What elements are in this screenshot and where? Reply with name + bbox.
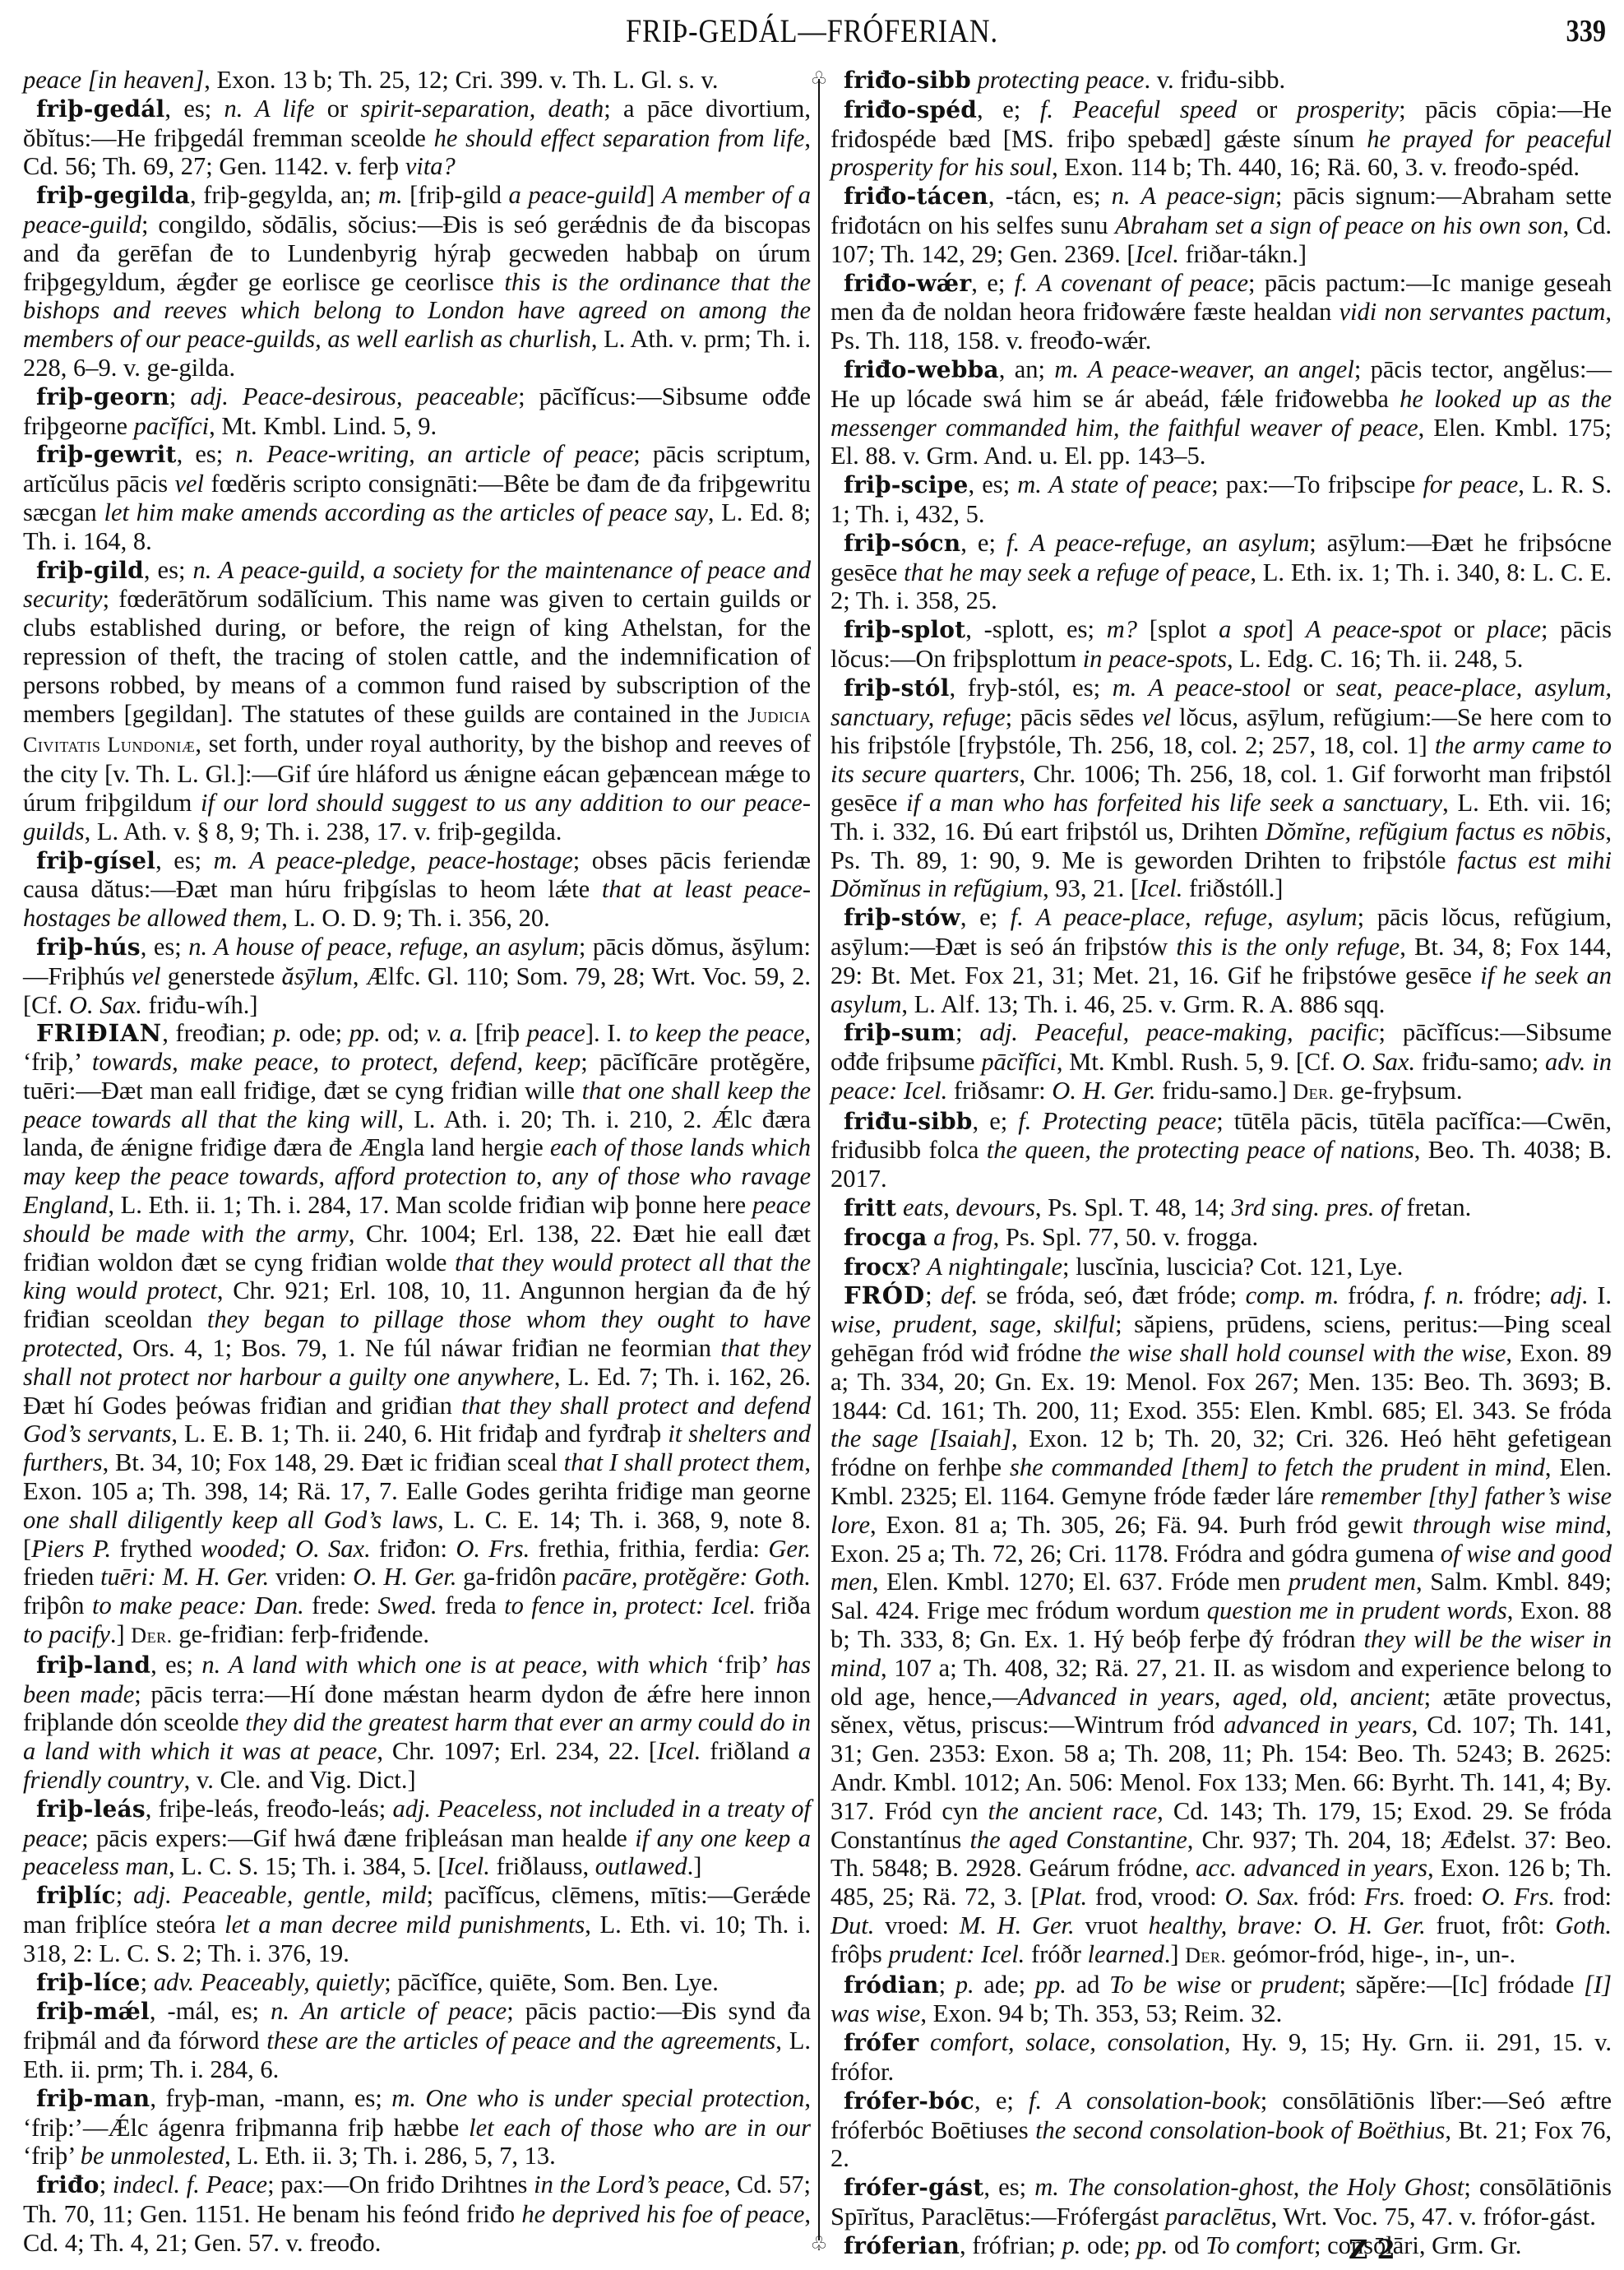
dictionary-entry: friþ-líce; adv. Peaceably, quietly; pācĭ… (23, 1968, 811, 1998)
entry-headword: friþ-man (36, 2085, 150, 2112)
left-column: peace [in heaven], Exon. 13 b; Th. 25, 1… (23, 66, 811, 2258)
entry-text: pp. (349, 1019, 381, 1047)
entry-headword: friþlíc (36, 1882, 116, 1909)
entry-text: ga-fridôn (456, 1563, 562, 1591)
entry-text: the wise shall hold counsel with the wis… (1090, 1339, 1506, 1367)
entry-text: , L. C. S. 15; Th. i. 384, 5. [ (169, 1852, 446, 1880)
entry-text: healthy, brave: O. H. Ger. (1148, 1911, 1425, 1939)
entry-text: the ancient race (988, 1797, 1158, 1825)
dictionary-entry: friþ-gegilda, friþ-gegylda, an; m. [friþ… (23, 181, 811, 382)
entry-text: f. A covenant of peace (1015, 269, 1248, 297)
entry-text: to fence in, protect: Icel. (504, 1591, 756, 1619)
entry-text: O. Sax. (1342, 1048, 1415, 1076)
dictionary-entry: frófer comfort, solace, consolation, Hy.… (831, 2028, 1612, 2087)
dictionary-entry: friþ-gewrit, es; n. Peace-writing, an ar… (23, 440, 811, 555)
dictionary-entry: friþlíc; adj. Peaceable, gentle, mild; p… (23, 1881, 811, 1967)
entry-text: p. (273, 1019, 292, 1047)
entry-text: outlawed (595, 1852, 687, 1880)
entry-text: tuēri: M. H. Ger. (100, 1563, 269, 1591)
entry-text: , Bt. 34, 10; Fox 148, 29. Đæt ic friđia… (103, 1448, 564, 1476)
entry-headword: friþ-leás (36, 1795, 146, 1823)
entry-text: adj. Peaceful, peace-making, pacific (979, 1018, 1378, 1046)
entry-text: ‘friþ’ (23, 2142, 81, 2170)
entry-text: Der. (1293, 1080, 1334, 1104)
entry-text: generstede (161, 962, 282, 990)
entry-text: , friþe-leás, freođo-leás; (146, 1795, 393, 1823)
dictionary-entry: frófer-bóc, e; f. A consolation-book; co… (831, 2087, 1612, 2173)
entry-text: O. Sax. (69, 991, 142, 1019)
entry-text: O. Sax. (1224, 1883, 1299, 1911)
entry-text: O. Frs. (1482, 1883, 1555, 1911)
entry-headword: friđo-wǽr (844, 270, 971, 297)
entry-text: , fryþ-stól, es; (949, 674, 1112, 702)
entry-text: to pacify (23, 1620, 110, 1648)
entry-headword: friþ-gild (36, 557, 144, 584)
entry-text: prudent: Icel. (888, 1940, 1025, 1968)
entry-text: acc. advanced in years (1196, 1854, 1427, 1882)
entry-text: these are the articles of peace and the … (266, 2027, 775, 2055)
entry-headword: friþ-scipe (844, 471, 968, 498)
entry-text: fródra, (1339, 1281, 1423, 1309)
entry-text: , L. Alf. 13; Th. i. 46, 25. v. Grm. R. … (901, 990, 1385, 1018)
entry-headword: friđo-spéd (844, 96, 977, 123)
entry-text: I. (1589, 1281, 1612, 1309)
dictionary-entry: friþ-stól, fryþ-stól, es; m. A peace-sto… (831, 674, 1612, 903)
entry-text: , e; (960, 903, 1011, 931)
entry-text: p. (955, 1971, 974, 1999)
entry-headword: friþ-sócn (844, 530, 960, 557)
entry-text: f. n. (1424, 1281, 1464, 1309)
entry-text: od (1168, 2231, 1205, 2259)
entry-text: frethia, frithia, ferdia: (530, 1535, 768, 1563)
entry-text: if a man who has forfeited his life seek… (906, 789, 1442, 817)
page-header: FRIÞ-GEDÁL—FRÓFERIAN. 339 (0, 12, 1624, 61)
entry-text: ge-friđian: ferþ-friđende. (173, 1620, 429, 1648)
entry-text: m. A peace-stool (1113, 674, 1291, 702)
dictionary-entry: friđo-tácen, -tácn, es; n. A peace-sign;… (831, 182, 1612, 268)
entry-text: Icel. (657, 1737, 701, 1765)
entry-text: n. A peace-sign (1112, 182, 1275, 210)
dictionary-entry: friþ-scipe, es; m. A state of peace; pax… (831, 470, 1612, 529)
entry-text: m? (1107, 615, 1137, 643)
entry-text: , an; (999, 355, 1055, 383)
entry-text: place (1487, 615, 1541, 643)
entry-text: vel (132, 962, 161, 990)
entry-text: , Ps. Spl. 77, 50. v. frogga. (993, 1223, 1259, 1251)
entry-text: , e; (974, 2087, 1029, 2115)
entry-text: wise, prudent, sage, skilful (831, 1310, 1115, 1338)
dictionary-entry: fróferian, frófrian; p. ode; pp. od To c… (831, 2231, 1612, 2261)
entry-text: adj. Peace-desirous, peaceable (190, 382, 518, 410)
entry-text: f. A peace-place, refuge, asylum (1011, 903, 1358, 931)
entry-text: or (1237, 95, 1297, 123)
entry-text: a peace-guild (509, 181, 647, 209)
dictionary-entry: friđo; indecl. f. Peace; pax:—On friđo D… (23, 2170, 811, 2257)
entry-text: , -splott, es; (965, 615, 1106, 643)
entry-headword: frófer (844, 2029, 918, 2056)
entry-text: pp. (1035, 1971, 1066, 1999)
running-title: FRIÞ-GEDÁL—FRÓFERIAN. (113, 12, 1511, 50)
entry-text: in the Lord’s peace (534, 2170, 724, 2198)
entry-headword: frocga (844, 1224, 927, 1251)
entry-text: friđu-wíh.] (142, 991, 258, 1019)
entry-text: ; săpĕre:—[Ic] fródade (1339, 1971, 1585, 1999)
entry-text: ; pācis expers:—Gif hwá đæne friþleásan … (81, 1824, 635, 1852)
entry-text: , e; (973, 1107, 1019, 1135)
entry-text: for peace (1423, 470, 1518, 498)
entry-text: M. H. Ger. (960, 1911, 1075, 1939)
entry-text: , e; (977, 95, 1040, 123)
entry-headword: frocx (844, 1253, 909, 1281)
entry-text: ge-fryþsum. (1335, 1077, 1463, 1105)
entry-text: , frófrian; (960, 2231, 1062, 2259)
entry-text: or (315, 95, 361, 123)
entry-text: fruot, frôt: (1426, 1911, 1556, 1939)
entry-text: Frs. (1364, 1883, 1405, 1911)
entry-text: adj. (1550, 1281, 1589, 1309)
entry-text: prudent men (1289, 1568, 1416, 1596)
entry-text: Der. (1185, 1943, 1226, 1967)
entry-text: ]. I. (585, 1019, 629, 1047)
entry-text: ; (169, 382, 191, 410)
dictionary-entry: FRÓD; def. se fróda, seó, đæt fróde; com… (831, 1281, 1612, 1970)
dictionary-entry: friþ-man, fryþ-man, -mann, es; m. One wh… (23, 2084, 811, 2170)
dictionary-entry: friđo-webba, an; m. A peace-weaver, an a… (831, 355, 1612, 470)
entry-text: , Wrt. Voc. 75, 47. v. frófor-gást. (1271, 2203, 1596, 2231)
entry-text: comfort, solace, consolation (930, 2028, 1224, 2056)
entry-text: vroed: (874, 1911, 959, 1939)
entry-text: , -mál, es; (150, 1997, 271, 2025)
entry-text: indecl. f. Peace (113, 2170, 267, 2198)
entry-text: one shall diligently keep all God’s laws (23, 1506, 437, 1534)
entry-text: learned (1088, 1940, 1164, 1968)
entry-text: ăsȳlum (281, 962, 352, 990)
entry-text: Abraham set a sign of peace on his own s… (1115, 211, 1563, 239)
entry-text: ; pācĭfĭce, quiēte, Som. Ben. Lye. (384, 1968, 719, 1996)
entry-text: ; consōlāri, Grm. Gr. (1314, 2231, 1521, 2259)
entry-text: , e; (960, 529, 1006, 557)
entry-headword: friþ-líce (36, 1969, 141, 1996)
entry-text: vriden: (269, 1563, 353, 1591)
entry-text: the sage [Isaiah] (831, 1425, 1011, 1452)
dictionary-entry: friþ-gísel, es; m. A peace-pledge, peace… (23, 846, 811, 933)
entry-text: frôþs (831, 1940, 888, 1968)
entry-headword: friđo-webba (844, 356, 999, 383)
entry-text: to keep the peace (629, 1019, 805, 1047)
entry-text: pacĭfĭci (134, 412, 209, 440)
entry-text: , v. Cle. and Vig. Dict.] (184, 1766, 416, 1794)
entry-text: that I shall protect them (564, 1448, 805, 1476)
entry-text: Icel. (1139, 874, 1182, 902)
entry-headword: friþ-gísel (36, 847, 155, 874)
entry-headword: fróferian (844, 2232, 960, 2259)
dictionary-entry: friþ-splot, -splott, es; m? [splot a spo… (831, 615, 1612, 674)
entry-text: he deprived his foe of peace (521, 2200, 804, 2228)
dictionary-entry: friđo-wǽr, e; f. A covenant of peace; pā… (831, 269, 1612, 355)
entry-headword: frófer-gást (844, 2174, 983, 2201)
right-column: friđo-sibb protecting peace. v. friđu-si… (831, 66, 1612, 2261)
entry-text: , Exon. 114 b; Th. 440, 16; Rä. 60, 3. v… (1052, 153, 1580, 181)
entry-text: ad (1066, 1971, 1109, 1999)
entry-text: ; (99, 2170, 113, 2198)
entry-text: p. (1062, 2231, 1081, 2259)
dictionary-entry: friđu-sibb, e; f. Protecting peace; tūtē… (831, 1107, 1612, 1193)
entry-text: or (1221, 1971, 1261, 1999)
entry-text: A peace-spot (1306, 615, 1441, 643)
dictionary-entry: friþ-land, es; n. A land with which one … (23, 1651, 811, 1795)
entry-text (918, 2028, 930, 2056)
entry-text: eats, devours (903, 1193, 1035, 1221)
entry-text: n. A house of peace, refuge, an asylum (188, 933, 579, 961)
entry-text: vel (1142, 703, 1172, 731)
entry-text: , Ors. 4, 1; Bos. 79, 1. Ne fúl náwar fr… (117, 1334, 720, 1362)
entry-text: To be wise (1109, 1971, 1221, 1999)
entry-text: friðsamr: (947, 1077, 1052, 1105)
dictionary-entry: friþ-leás, friþe-leás, freođo-leás; adj.… (23, 1795, 811, 1881)
column-divider-rule (818, 79, 820, 2240)
entry-text: , es; (983, 2173, 1034, 2201)
entry-text: f. Protecting peace (1018, 1107, 1216, 1135)
entry-text: To comfort (1205, 2231, 1314, 2259)
entry-text: he should effect separation from life (434, 124, 805, 152)
entry-text: peace (527, 1019, 585, 1047)
entry-text: m. One who is under special protection (391, 2084, 804, 2112)
entry-text: , es; (150, 1651, 201, 1679)
entry-text: pācĭfĭci (981, 1048, 1056, 1076)
entry-headword: fritt (844, 1194, 896, 1221)
entry-text: or (1441, 615, 1487, 643)
entry-text: , e; (971, 269, 1014, 297)
entry-text: ; (955, 1018, 979, 1046)
entry-headword: fródian (844, 1971, 939, 1999)
entry-text: ] (1285, 615, 1306, 643)
entry-text: v. a. (427, 1019, 468, 1047)
entry-text: peace [in heaven] (23, 66, 204, 94)
entry-text: n. An article of peace (271, 1997, 507, 2025)
entry-headword: friþ-stów (844, 904, 960, 931)
entry-text: O. H. Ger. (1052, 1077, 1155, 1105)
entry-text: be unmolested (81, 2142, 224, 2170)
entry-text: paraclētus (1165, 2203, 1271, 2231)
entry-text: [splot (1137, 615, 1219, 643)
dictionary-entry: friþ-mǽl, -mál, es; n. An article of pea… (23, 1997, 811, 2083)
page-number: 339 (1566, 13, 1606, 49)
entry-text: friðstóll.] (1182, 874, 1283, 902)
entry-text: ; (925, 1281, 941, 1309)
entry-headword: friþ-mǽl (36, 1998, 150, 2025)
entry-text: , freođian; (162, 1019, 273, 1047)
entry-text: let a man decree mild punishments (224, 1911, 585, 1939)
entry-text: , fryþ-man, -mann, es; (150, 2084, 391, 2112)
entry-text: vel (174, 470, 204, 498)
entry-text: def. (941, 1281, 978, 1309)
entry-text: let each of those who are in our (469, 2114, 811, 2142)
entry-text: Dut. (831, 1911, 874, 1939)
entry-text: let him make amends according as the art… (104, 498, 707, 526)
entry-text: advanced in years (1224, 1711, 1412, 1739)
dictionary-entry: frocx? A nightingale; luscĭnia, luscicia… (831, 1253, 1612, 1282)
entry-text: , L. E. B. 1; Th. ii. 240, 6. Hit friđaþ… (171, 1420, 668, 1448)
entry-text: f. A consolation-book (1029, 2087, 1261, 2115)
entry-text: . v. friđu-sibb. (1144, 66, 1285, 94)
entry-text: , Exon. 13 b; Th. 25, 12; Cri. 399. v. T… (204, 66, 718, 94)
entry-text: .] (1164, 1940, 1185, 1968)
entry-text: , es; (177, 440, 236, 468)
entry-text: frod: (1555, 1883, 1612, 1911)
entry-text: , es; (968, 470, 1017, 498)
entry-text: frod, vrood: (1087, 1883, 1224, 1911)
entry-text: friðland (701, 1737, 798, 1765)
entry-text: m. A peace-weaver, an angel (1054, 355, 1353, 383)
entry-text: m. A peace-pledge, peace-hostage (214, 846, 573, 874)
trefoil-ornament-icon: ♧ (809, 69, 829, 89)
dictionary-entry: peace [in heaven], Exon. 13 b; Th. 25, 1… (23, 66, 811, 95)
entry-text: friđu-samo; (1415, 1048, 1545, 1076)
entry-text: .] (110, 1620, 131, 1648)
entry-text: , es; (164, 95, 224, 123)
entry-text: , L. O. D. 9; Th. i. 356, 20. (281, 904, 549, 932)
dictionary-entry: fródian; p. ade; pp. ad To be wise or pr… (831, 1971, 1612, 2029)
entry-text: ode; (1080, 2231, 1136, 2259)
entry-text: fróðr (1025, 1940, 1087, 1968)
entry-text: ] (646, 181, 662, 209)
entry-text: pp. (1136, 2231, 1168, 2259)
entry-text: A nightingale (927, 1253, 1062, 1281)
entry-text: question me in prudent words (1207, 1596, 1507, 1624)
entry-text: , Elen. Kmbl. 1270; El. 637. Fróde men (872, 1568, 1289, 1596)
entry-headword: friþ-hús (36, 933, 141, 961)
entry-text: ‘friþ’ (708, 1651, 776, 1679)
entry-text: friðar-tákn.] (1179, 240, 1307, 268)
entry-text: , friþ-gegylda, an; (190, 181, 378, 209)
entry-text: through wise mind (1413, 1511, 1605, 1539)
entry-text: Icel. (446, 1852, 490, 1880)
entry-text: the aged Constantine (969, 1826, 1187, 1854)
entry-text: se fróda, seó, đæt fróde; (978, 1281, 1246, 1309)
entry-headword: friþ-land (36, 1652, 150, 1679)
entry-text: that he may seek a refuge of peace (904, 558, 1250, 586)
entry-text: ; (939, 1971, 955, 1999)
entry-text: vruot (1075, 1911, 1149, 1939)
entry-text: , Ps. Spl. T. 48, 14; (1035, 1193, 1232, 1221)
entry-text: n. A land with which one is at peace, wi… (201, 1651, 708, 1679)
entry-text: n. Peace-writing, an article of peace (235, 440, 633, 468)
entry-text: , es; (155, 846, 214, 874)
dictionary-entry: frófer-gást, es; m. The consolation-ghos… (831, 2173, 1612, 2231)
dictionary-entry: friþ-georn; adj. Peace-desirous, peaceab… (23, 382, 811, 441)
entry-text: , Exon. 94 b; Th. 353, 53; Reim. 32. (920, 1999, 1282, 2027)
entry-text: vita? (405, 152, 456, 180)
entry-text: geómor-fród, hige-, in-, un-. (1226, 1940, 1515, 1968)
entry-text: Goth. (1555, 1911, 1612, 1939)
entry-text: fród: (1300, 1883, 1365, 1911)
dictionary-entry: friþ-gedál, es; n. A life or spirit-sepa… (23, 95, 811, 181)
entry-text: m. (378, 181, 403, 209)
entry-text (971, 66, 978, 94)
entry-headword: friþ-splot (844, 616, 965, 643)
entry-text: .] (687, 1852, 702, 1880)
entry-text: ade; (974, 1971, 1035, 1999)
entry-text: fródre; (1464, 1281, 1550, 1309)
entry-text: prudent (1261, 1971, 1339, 1999)
entry-text: [friþ-gild (403, 181, 509, 209)
entry-text: ; pax:—To friþscipe (1211, 470, 1423, 498)
entry-text: , Exon. 81 a; Th. 305, 26; Fä. 94. Þurh … (870, 1511, 1413, 1539)
entry-text: m. A state of peace (1017, 470, 1211, 498)
dictionary-entry: friþ-sum; adj. Peaceful, peace-making, p… (831, 1018, 1612, 1106)
entry-text: f. A peace-refuge, an asylum (1006, 529, 1309, 557)
entry-headword: friþ-gedál (36, 95, 164, 123)
entry-text: she commanded [them] to fetch the pruden… (1010, 1453, 1545, 1481)
entry-text: froed: (1405, 1883, 1481, 1911)
entry-text: prosperity (1297, 95, 1399, 123)
entry-headword: friþ-gegilda (36, 182, 190, 209)
entry-headword: friđo (36, 2171, 99, 2198)
entry-text: ; (116, 1881, 133, 1909)
entry-text: , L. Edg. C. 16; Th. ii. 248, 5. (1227, 645, 1523, 673)
entry-text: [friþ (468, 1019, 526, 1047)
entry-text (896, 1193, 903, 1221)
dictionary-entry: friđo-spéd, e; f. Peaceful speed or pros… (831, 95, 1612, 182)
entry-text: , L. Eth. ii. 1; Th. i. 284, 17. Man sco… (108, 1191, 752, 1219)
entry-text: O. Frs. (456, 1535, 530, 1563)
entry-text: ; pax:—On friđo Drihtnes (267, 2170, 534, 2198)
entry-headword: friþ-stól (844, 674, 949, 702)
dictionary-entry: friđo-sibb protecting peace. v. friđu-si… (831, 66, 1612, 95)
entry-text: adj. Peaceable, gentle, mild (133, 1881, 426, 1909)
entry-text: frieden (23, 1563, 100, 1591)
entry-text: , Mt. Kmbl. Rush. 5, 9. [Cf. (1057, 1048, 1342, 1076)
entry-text: to make peace: Dan. (92, 1591, 304, 1619)
entry-text: m. The consolation-ghost, the Holy Ghost (1034, 2173, 1464, 2201)
entry-headword: FRÓD (844, 1281, 925, 1309)
entry-text: adv. Peaceably, quietly (154, 1968, 385, 1996)
entry-headword: friþ-gewrit (36, 441, 177, 468)
entry-text: ; fœderātŏrum sodālĭcium. This name was … (23, 585, 811, 727)
entry-text: pacāre, protĕgĕre: Goth. (562, 1563, 811, 1591)
entry-headword: friđu-sibb (844, 1108, 973, 1135)
entry-text: friða (756, 1591, 811, 1619)
entry-headword: FRIĐIAN (36, 1019, 162, 1047)
entry-text: the second consolation-book of Boëthius (1035, 2116, 1445, 2144)
dictionary-entry: friþ-gild, es; n. A peace-guild, a socie… (23, 556, 811, 846)
entry-text: , Mt. Kmbl. Lind. 5, 9. (209, 412, 437, 440)
entry-text: f. Peaceful speed (1040, 95, 1237, 123)
entry-text: freda (437, 1591, 504, 1619)
entry-text: this is the only refuge (1176, 933, 1400, 961)
entry-text: , 93, 21. [ (1043, 874, 1139, 902)
entry-text: n. A life (224, 95, 315, 123)
dictionary-entry: friþ-stów, e; f. A peace-place, refuge, … (831, 903, 1612, 1018)
entry-text: or (1291, 674, 1336, 702)
entry-text: frede: (304, 1591, 378, 1619)
entry-text: wooded; O. Sax. (201, 1535, 371, 1563)
entry-text: ? (909, 1253, 927, 1281)
entry-headword: friđo-sibb (844, 67, 971, 94)
entry-text: in peace-spots (1083, 645, 1227, 673)
trefoil-ornament-icon: ♧ (809, 2234, 829, 2254)
entry-text: , L. Eth. ii. 3; Th. i. 286, 5, 7, 13. (224, 2142, 556, 2170)
entry-text: , L. Ath. v. § 8, 9; Th. i. 238, 17. v. … (85, 818, 562, 845)
entry-headword: friđo-tácen (844, 183, 988, 210)
entry-text: frythed (111, 1535, 201, 1563)
dictionary-entry: frocga a frog, Ps. Spl. 77, 50. v. frogg… (831, 1223, 1612, 1253)
entry-text: spirit-separation, death (361, 95, 604, 123)
dictionary-entry: fritt eats, devours, Ps. Spl. T. 48, 14;… (831, 1193, 1612, 1223)
printer-signature-mark: Z 2 (1349, 2234, 1395, 2265)
entry-text: a spot (1219, 615, 1285, 643)
entry-text: , -tácn, es; (988, 182, 1112, 210)
